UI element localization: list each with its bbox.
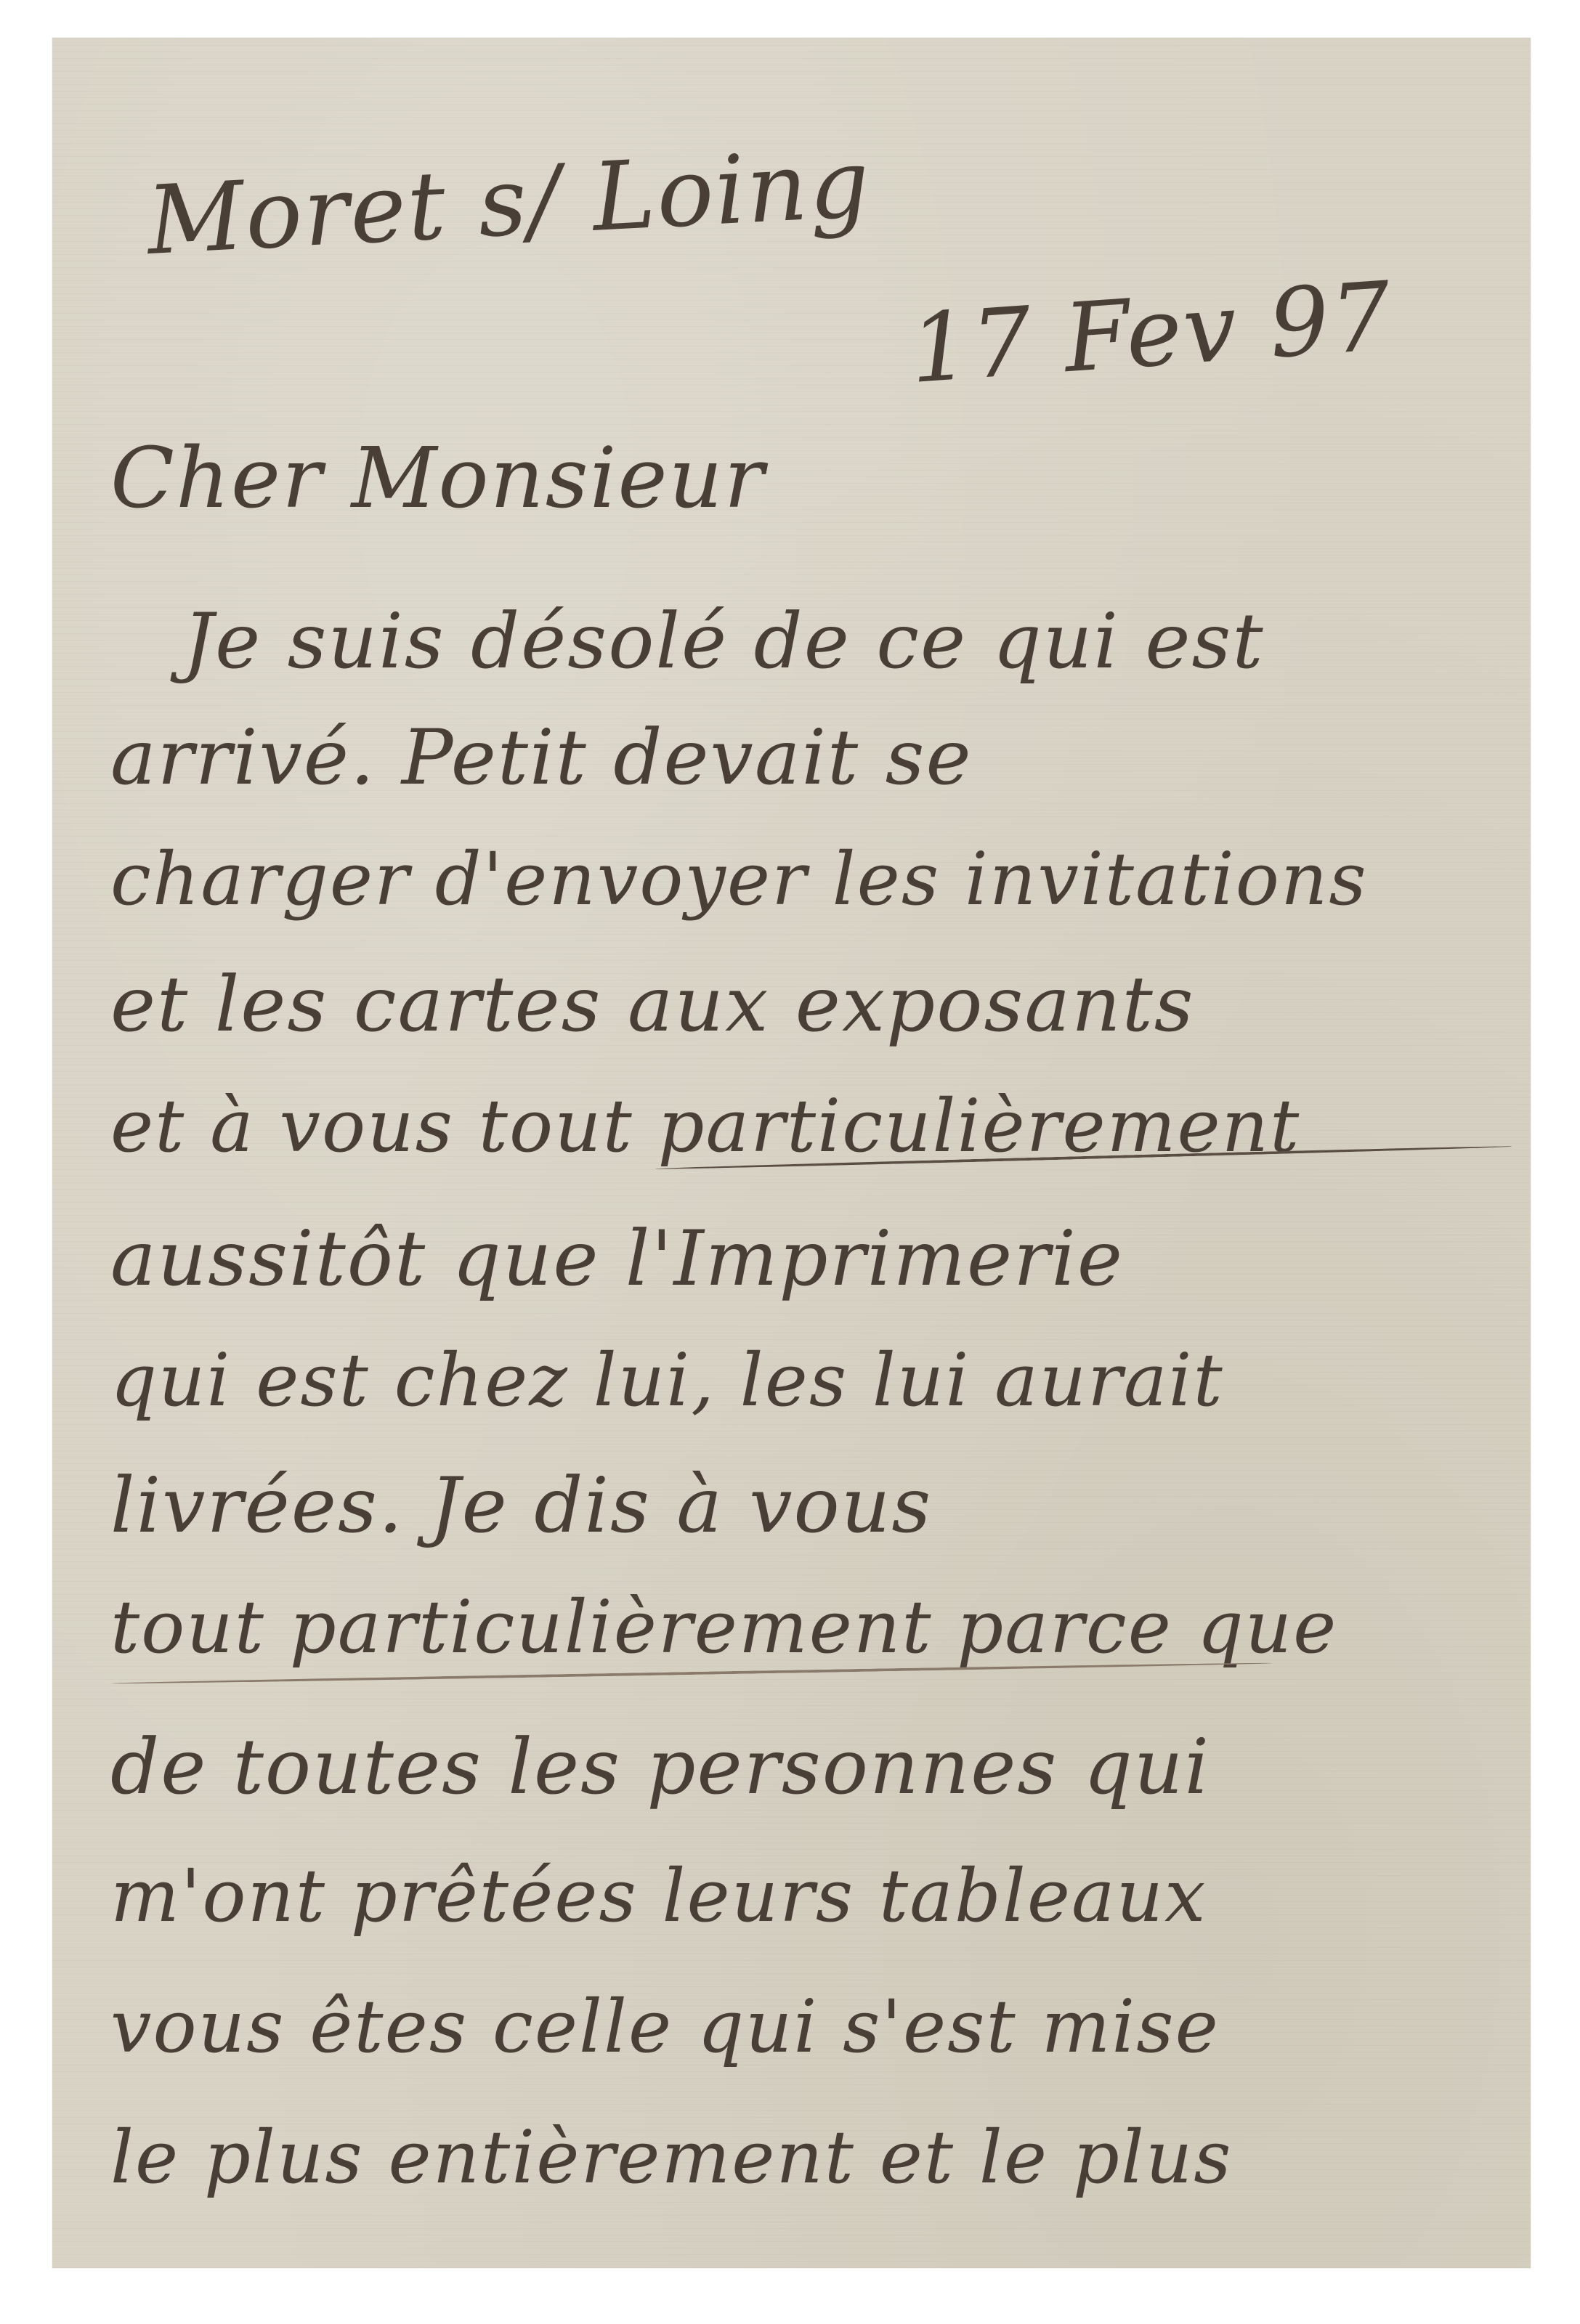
letter-body-line: et les cartes aux exposants [110,960,1195,1049]
letter-salutation: Cher Monsieur [110,430,766,527]
letter-body-line: livrées. Je dis à vous [110,1461,932,1550]
letter-body-line: Je suis désolé de ce qui est [183,597,1265,686]
letter-body-line: le plus entièrement et le plus [110,2115,1233,2200]
letter-body-line: vous êtes celle qui s'est mise [110,1984,1220,2069]
letter-body-line: m'ont prêtées leurs tableaux [110,1853,1207,1938]
letter-body-line: tout particulièrement parce que [110,1585,1337,1670]
letter-body-line: aussitôt que l'Imprimerie [110,1214,1124,1303]
letter-date: 17 Fev 97 [907,261,1396,405]
letter-body-line: de toutes les personnes qui [110,1723,1210,1811]
letter-body-line: arrivé. Petit devait se [110,713,973,802]
letter-body-line: charger d'envoyer les invitations [110,837,1368,922]
letter-page: Moret s/ Loing 17 Fev 97 Cher Monsieur J… [52,38,1531,2268]
letter-place: Moret s/ Loing [145,128,874,276]
letter-body-line: qui est chez lui, les lui aurait [110,1338,1224,1423]
